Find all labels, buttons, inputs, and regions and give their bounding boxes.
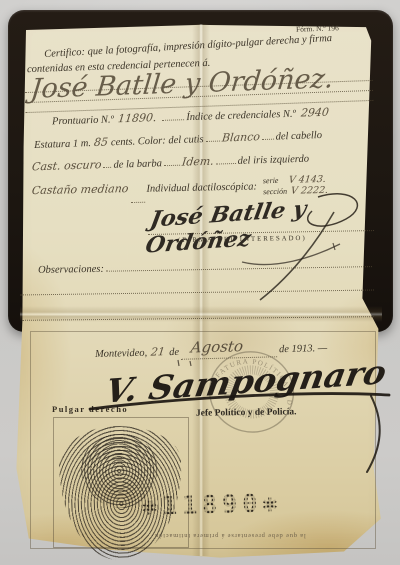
dotted-fill: [262, 139, 274, 140]
cabello-label: del cabello: [275, 130, 322, 143]
form-number: Fórm. N.º 196: [296, 23, 339, 33]
dactiloscopico-label: Individual dactiloscópica:: [146, 181, 257, 194]
barba-label: de la barba: [113, 158, 162, 171]
dotted-fill: [206, 141, 220, 142]
date-de: de: [169, 347, 179, 358]
prontuario-label: Prontuario N.º: [52, 114, 114, 127]
city-label: Montevideo,: [95, 348, 147, 360]
estatura-label: Estatura 1 m.: [34, 138, 91, 151]
observaciones-label: Observaciones:: [38, 264, 104, 276]
serie-value: V 4143.: [288, 174, 326, 186]
dotted-fill: [164, 165, 180, 167]
inverted-print-text: la que debe presentarse á primera intima…: [112, 532, 348, 539]
chief-title: Jefe Político y de Policía.: [196, 407, 297, 418]
iris-value: Castaño mediano: [31, 182, 129, 197]
prontuario-number: 11890.: [117, 111, 157, 125]
photograph-of-credential: Fórm. N.º 196 Certifico: que la fotograf…: [0, 0, 400, 565]
dotted-fill: [162, 119, 184, 121]
dotted-fill: [216, 163, 236, 165]
seccion-label: sección: [263, 187, 287, 197]
perforated-number: ✱11890✱: [142, 488, 283, 521]
dotted-fill: [104, 167, 112, 168]
barba-value: Idem.: [181, 155, 214, 169]
dotted-fill: [131, 202, 145, 203]
serie-seccion-block: serie V 4143. sección V 2222.: [263, 174, 329, 197]
estatura-value: 85: [93, 135, 108, 149]
iris-label: del iris izquierdo: [238, 154, 310, 167]
serie-label: serie: [263, 176, 279, 185]
date-day: 21: [150, 345, 165, 358]
indice-number: 2940: [300, 106, 329, 120]
cutis-value: Blanco: [221, 130, 260, 144]
cabello-value: Cast. oscuro: [31, 158, 102, 173]
